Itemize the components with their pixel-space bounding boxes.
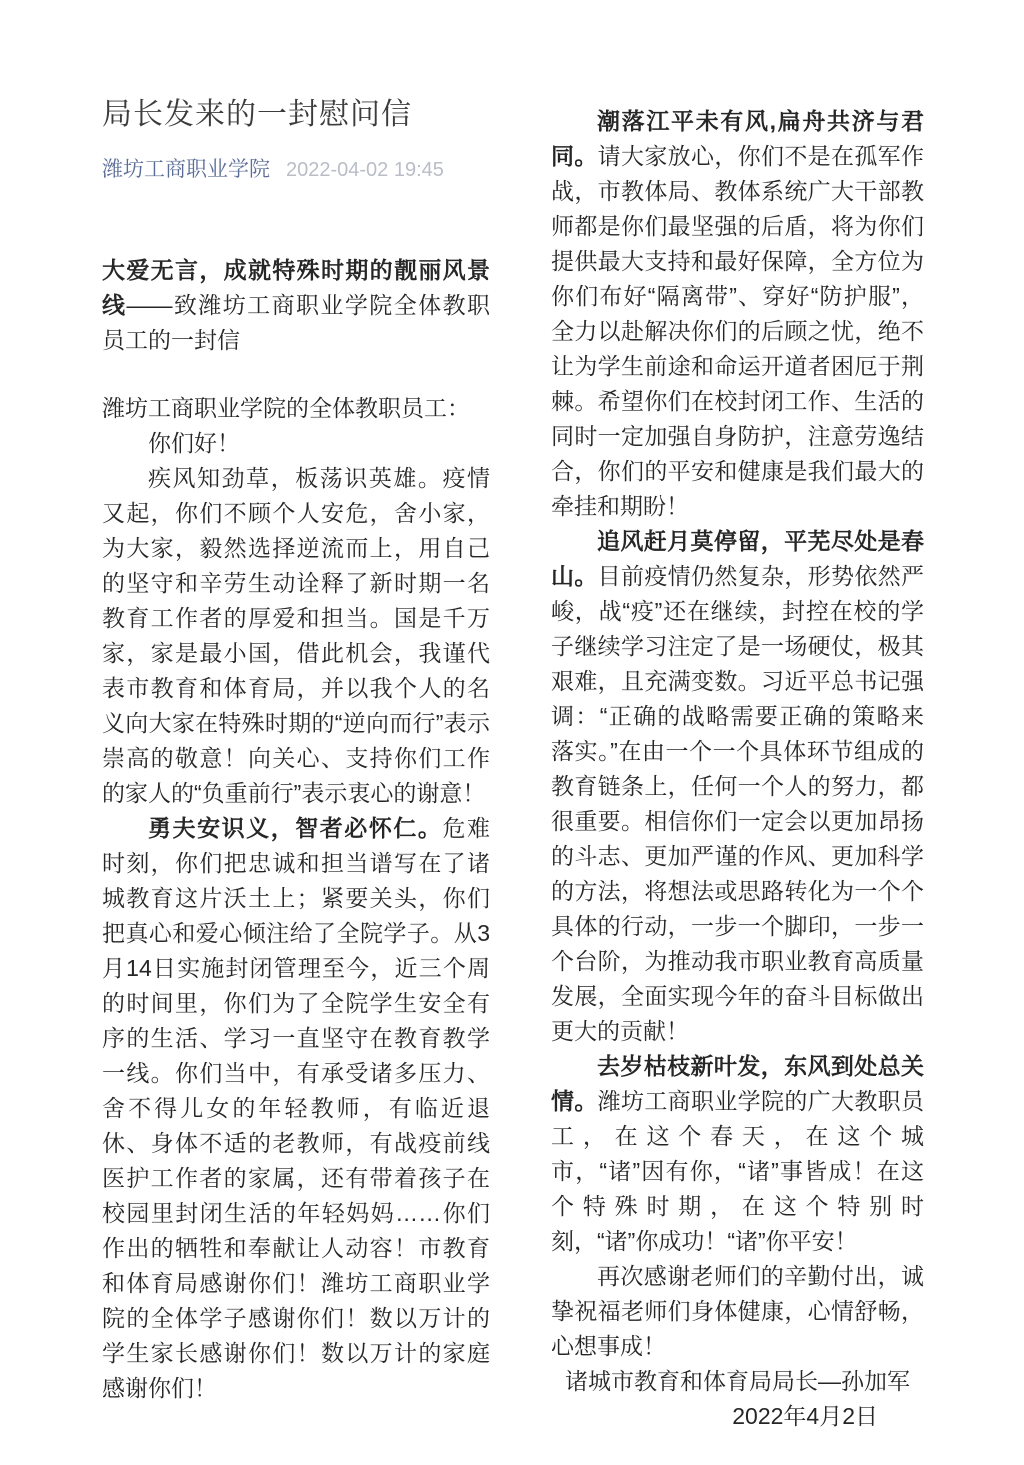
- paragraph-4-rest: 目前疫情仍然复杂，形势依然严峻，战“疫”还在继续，封控在校的学子继续学习注定了是…: [551, 563, 924, 1044]
- article-meta: 潍坊工商职业学院2022-04-02 19:45: [102, 157, 490, 183]
- publish-timestamp: 2022-04-02 19:45: [286, 159, 444, 181]
- article-page: 局长发来的一封慰问信 潍坊工商职业学院2022-04-02 19:45 大爱无言…: [0, 0, 1024, 1465]
- article-body-right: 潮落江平未有风,扁舟共济与君同。请大家放心，你们不是在孤军作战，市教体局、教体系…: [551, 104, 924, 1434]
- signature-date: 2022年4月2日: [551, 1399, 924, 1434]
- paragraph-3-rest: 请大家放心，你们不是在孤军作战，市教体局、教体系统广大干部教师都是你们最坚强的后…: [551, 143, 924, 519]
- paragraph-1: 疾风知劲草，板荡识英雄。疫情又起，你们不顾个人安危，舍小家，为大家，毅然选择逆流…: [102, 461, 490, 811]
- letter-heading: 大爱无言，成就特殊时期的靓丽风景线——致潍坊工商职业学院全体教职员工的一封信: [102, 253, 490, 358]
- letter-heading-rest: ——致潍坊工商职业学院全体教职员工的一封信: [102, 292, 490, 353]
- paragraph-2: 勇夫安识义，智者必怀仁。危难时刻，你们把忠诚和担当谱写在了诸城教育这片沃土上；紧…: [102, 811, 490, 1406]
- paragraph-5-rest: 潍坊工商职业学院的广大教职员工，在这个春天，在这个城市，“诸”因有你，“诸”事皆…: [551, 1088, 924, 1254]
- paragraph-2-rest: 危难时刻，你们把忠诚和担当谱写在了诸城教育这片沃土上；紧要关头，你们把真心和爱心…: [102, 815, 490, 1401]
- paragraph-3: 潮落江平未有风,扁舟共济与君同。请大家放心，你们不是在孤军作战，市教体局、教体系…: [551, 104, 924, 524]
- article-body-left: 大爱无言，成就特殊时期的靓丽风景线——致潍坊工商职业学院全体教职员工的一封信 潍…: [102, 253, 490, 1406]
- salutation: 潍坊工商职业学院的全体教职员工：: [102, 391, 490, 426]
- paragraph-4: 追风赶月莫停留，平芜尽处是春山。目前疫情仍然复杂，形势依然严峻，战“疫”还在继续…: [551, 524, 924, 1049]
- page-title: 局长发来的一封慰问信: [102, 95, 490, 135]
- right-column: 潮落江平未有风,扁舟共济与君同。请大家放心，你们不是在孤军作战，市教体局、教体系…: [551, 104, 924, 1434]
- left-column: 局长发来的一封慰问信 潍坊工商职业学院2022-04-02 19:45 大爱无言…: [102, 95, 490, 1406]
- source-account-link[interactable]: 潍坊工商职业学院: [102, 158, 270, 181]
- paragraph-2-lead: 勇夫安识义，智者必怀仁。: [148, 815, 442, 841]
- greeting: 你们好！: [102, 426, 490, 461]
- paragraph-5: 去岁枯枝新叶发，东风到处总关情。潍坊工商职业学院的广大教职员工，在这个春天，在这…: [551, 1049, 924, 1259]
- paragraph-6: 再次感谢老师们的辛勤付出，诚挚祝福老师们身体健康，心情舒畅，心想事成！: [551, 1259, 924, 1364]
- signature-line: 诸城市教育和体育局局长—孙加军: [551, 1364, 924, 1399]
